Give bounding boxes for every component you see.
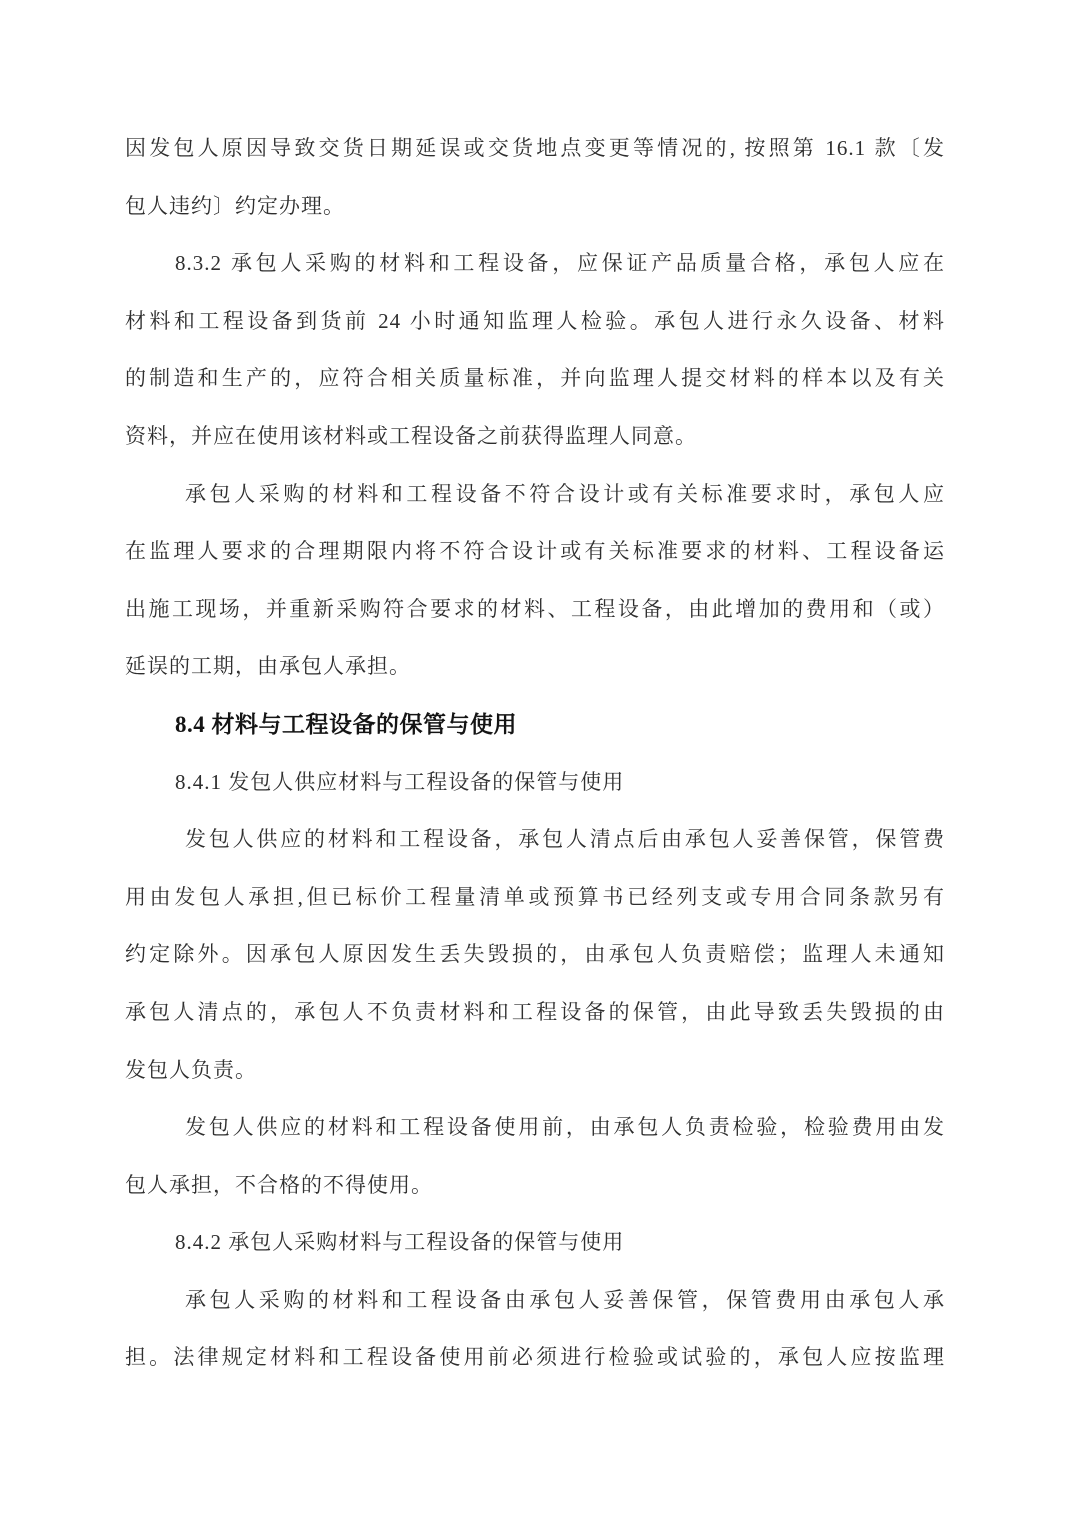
text-line: 延误的工期，由承包人承担。 (125, 638, 945, 696)
clause-8-4-1: 8.4.1 发包人供应材料与工程设备的保管与使用 (125, 754, 945, 812)
text-line: 包人违约〕约定办理。 (125, 178, 945, 236)
text-line: 8.3.2 承包人采购的材料和工程设备，应保证产品质量合格，承包人应在 (125, 235, 945, 293)
text-line: 因发包人原因导致交货日期延误或交货地点变更等情况的, 按照第 16.1 款〔发 (125, 120, 945, 178)
paragraph-8-4-1-a: 发包人供应的材料和工程设备，承包人清点后由承包人妥善保管，保管费 用由发包人承担… (125, 811, 945, 1099)
text-line: 资料，并应在使用该材料或工程设备之前获得监理人同意。 (125, 408, 945, 466)
text-line: 的制造和生产的，应符合相关质量标准，并向监理人提交材料的样本以及有关 (125, 350, 945, 408)
text-line: 包人承担，不合格的不得使用。 (125, 1157, 945, 1215)
text-line: 发包人负责。 (125, 1042, 945, 1100)
text-line: 在监理人要求的合理期限内将不符合设计或有关标准要求的材料、工程设备运 (125, 523, 945, 581)
clause-heading: 8.4.1 发包人供应材料与工程设备的保管与使用 (125, 754, 945, 812)
paragraph-8-4-2-a: 承包人采购的材料和工程设备由承包人妥善保管，保管费用由承包人承 担。法律规定材料… (125, 1272, 945, 1387)
paragraph-continuation: 因发包人原因导致交货日期延误或交货地点变更等情况的, 按照第 16.1 款〔发 … (125, 120, 945, 235)
text-line: 发包人供应的材料和工程设备使用前，由承包人负责检验，检验费用由发 (125, 1099, 945, 1157)
clause-heading: 8.4.2 承包人采购材料与工程设备的保管与使用 (125, 1214, 945, 1272)
text-line: 承包人采购的材料和工程设备不符合设计或有关标准要求时，承包人应 (125, 466, 945, 524)
text-line: 约定除外。因承包人原因发生丢失毁损的，由承包人负责赔偿；监理人未通知 (125, 926, 945, 984)
document-page: 因发包人原因导致交货日期延误或交货地点变更等情况的, 按照第 16.1 款〔发 … (0, 0, 1074, 1520)
text-line: 出施工现场，并重新采购符合要求的材料、工程设备，由此增加的费用和（或） (125, 581, 945, 639)
text-line: 材料和工程设备到货前 24 小时通知监理人检验。承包人进行永久设备、材料 (125, 293, 945, 351)
text-line: 用由发包人承担,但已标价工程量清单或预算书已经列支或专用合同条款另有 (125, 869, 945, 927)
section-heading: 8.4 材料与工程设备的保管与使用 (125, 696, 945, 754)
paragraph-8-3-2: 8.3.2 承包人采购的材料和工程设备，应保证产品质量合格，承包人应在 材料和工… (125, 235, 945, 465)
clause-8-4-2: 8.4.2 承包人采购材料与工程设备的保管与使用 (125, 1214, 945, 1272)
paragraph-8-4-1-b: 发包人供应的材料和工程设备使用前，由承包人负责检验，检验费用由发 包人承担，不合… (125, 1099, 945, 1214)
text-line: 发包人供应的材料和工程设备，承包人清点后由承包人妥善保管，保管费 (125, 811, 945, 869)
paragraph-8-3-2-b: 承包人采购的材料和工程设备不符合设计或有关标准要求时，承包人应 在监理人要求的合… (125, 466, 945, 696)
text-line: 承包人采购的材料和工程设备由承包人妥善保管，保管费用由承包人承 (125, 1272, 945, 1330)
text-line: 承包人清点的，承包人不负责材料和工程设备的保管，由此导致丢失毁损的由 (125, 984, 945, 1042)
text-line: 担。法律规定材料和工程设备使用前必须进行检验或试验的，承包人应按监理 (125, 1329, 945, 1387)
section-8-4: 8.4 材料与工程设备的保管与使用 (125, 696, 945, 754)
